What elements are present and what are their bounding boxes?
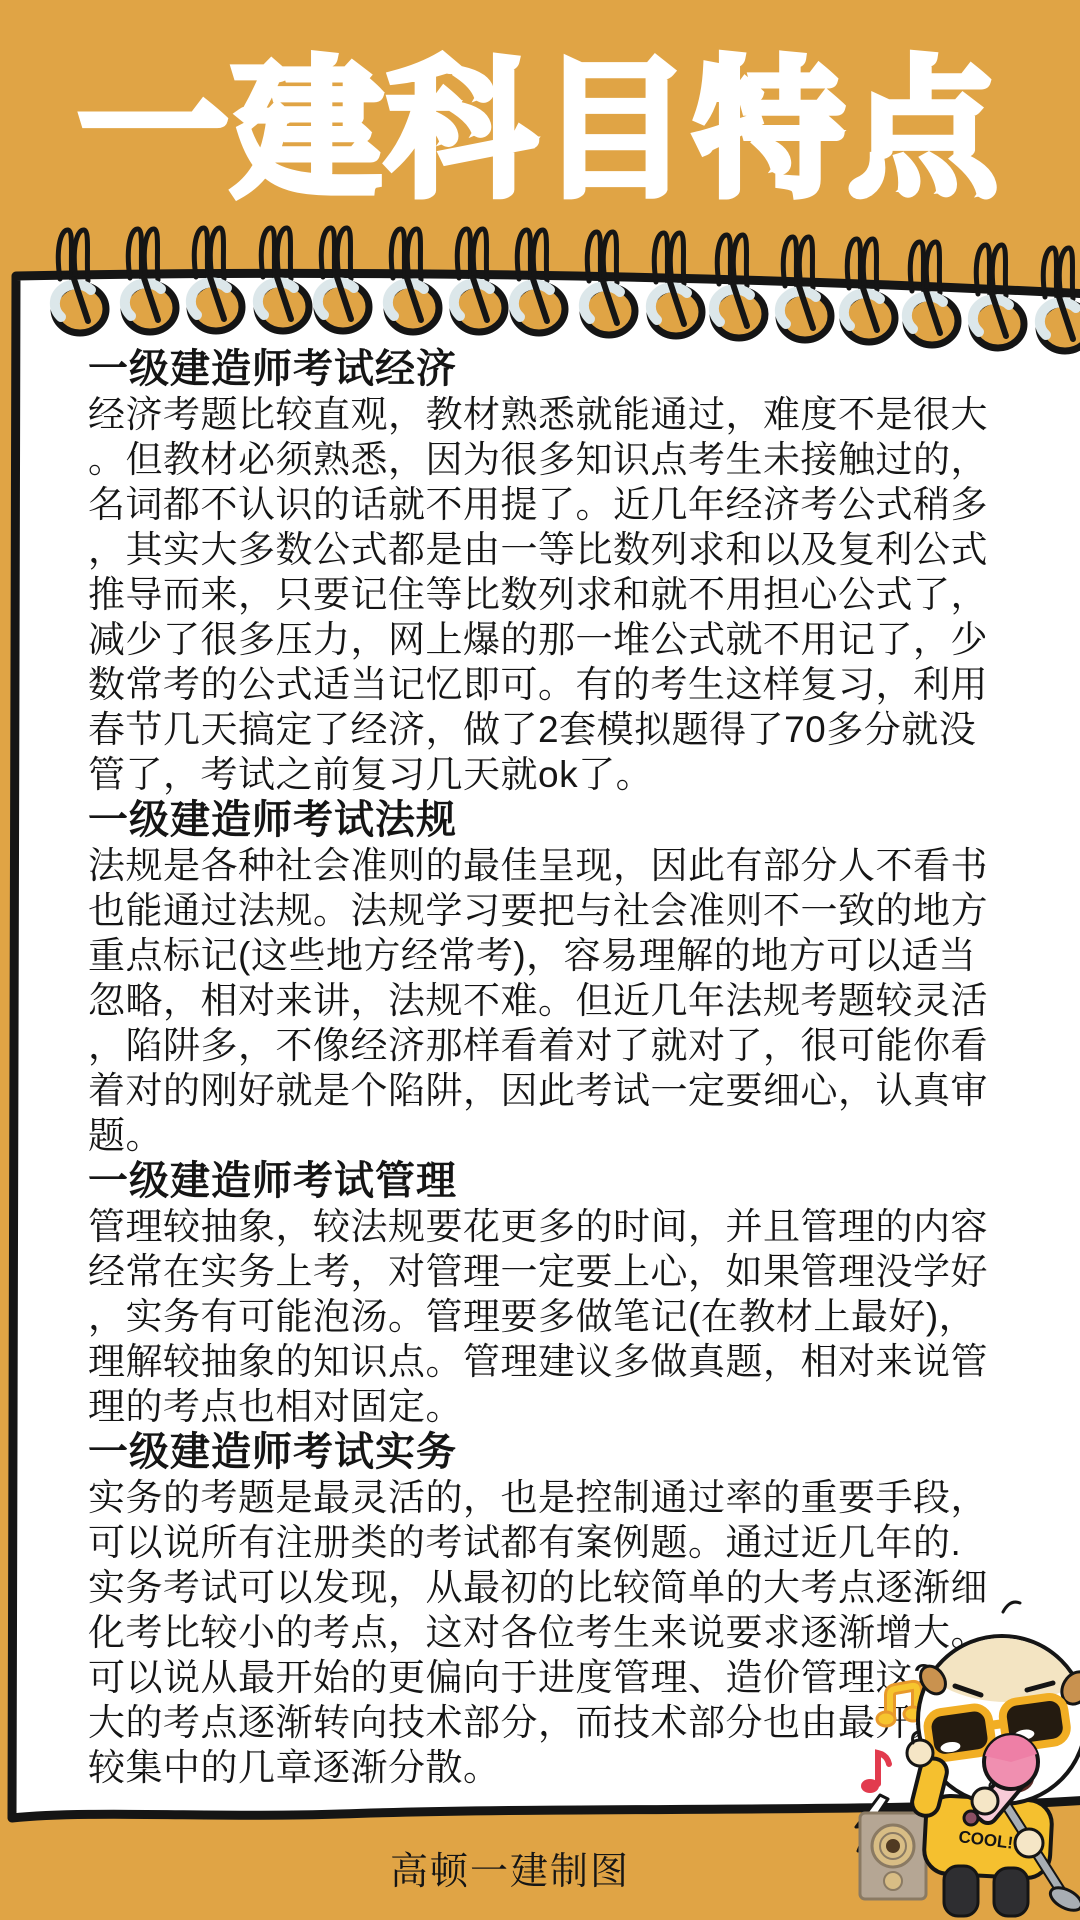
mascot-hand-mic [972, 1788, 998, 1814]
music-note-single-icon [861, 1753, 889, 1793]
mascot-leg-right [994, 1868, 1028, 1916]
section-heading-practice: 一级建造师考试实务 [88, 1429, 994, 1475]
poster: 一建科目特点 [0, 0, 1080, 1920]
section-heading-law: 一级建造师考试法规 [88, 797, 994, 843]
section-heading-management: 一级建造师考试管理 [88, 1158, 994, 1204]
mascot-hand-stand [1015, 1829, 1043, 1857]
music-note-double-icon [877, 1686, 922, 1726]
mascot-leg-left [944, 1866, 978, 1916]
section-heading-economy: 一级建造师考试经济 [88, 346, 994, 392]
section-body-economy: 经济考题比较直观，教材熟悉就能通过，难度不是很大。但教材必须熟悉，因为很多知识点… [88, 392, 994, 797]
section-body-law: 法规是各种社会准则的最佳呈现，因此有部分人不看书也能通过法规。法规学习要把与社会… [88, 843, 994, 1158]
section-body-management: 管理较抽象，较法规要花更多的时间，并且管理的内容经常在实务上考，对管理一定要上心… [88, 1204, 994, 1429]
speaker-icon [860, 1813, 926, 1899]
notes-content: 一级建造师考试经济 经济考题比较直观，教材熟悉就能通过，难度不是很大。但教材必须… [88, 346, 994, 1790]
mascot-cow-singer: COOL! [830, 1595, 1080, 1920]
